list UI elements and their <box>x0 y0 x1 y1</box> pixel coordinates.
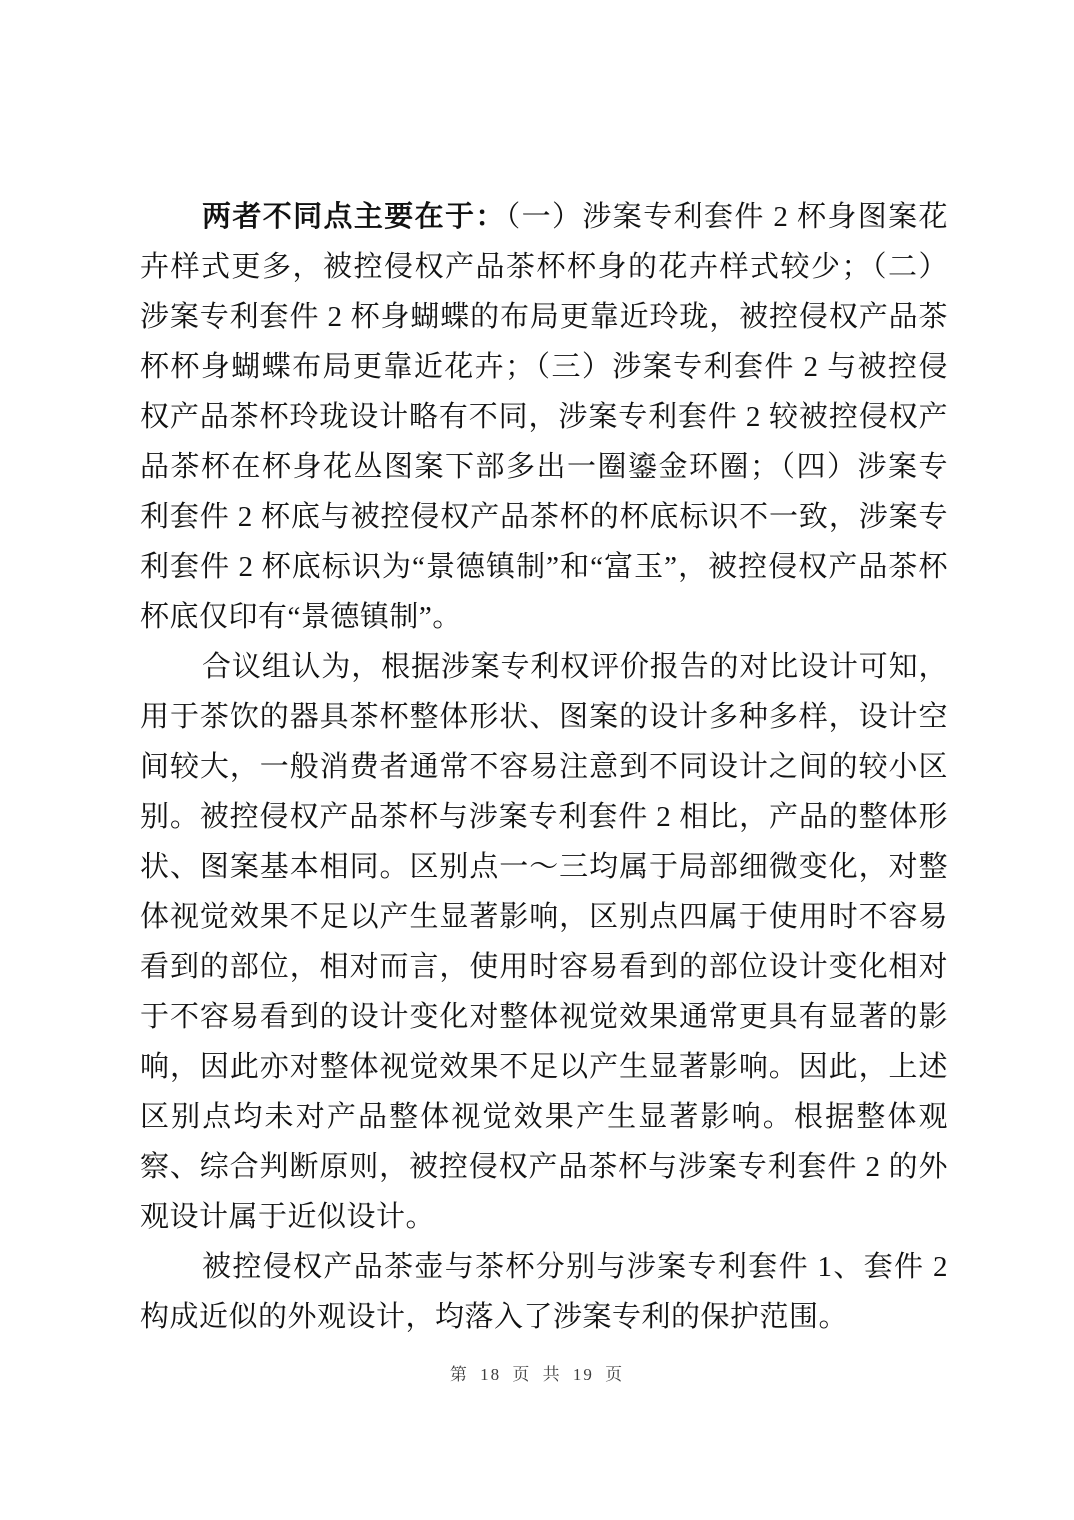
page-footer: 第 18 页 共 19 页 <box>0 1363 1074 1387</box>
paragraph-panel-opinion: 合议组认为，根据涉案专利权评价报告的对比设计可知，用于茶饮的器具茶杯整体形状、图… <box>140 642 948 1242</box>
paragraph-differences-lead: 两者不同点主要在于： <box>202 201 506 233</box>
paragraph-differences: 两者不同点主要在于：（一）涉案专利套件 2 杯身图案花卉样式更多，被控侵权产品茶… <box>140 192 948 642</box>
page-number-indicator: 第 18 页 共 19 页 <box>450 1365 624 1384</box>
document-page: 两者不同点主要在于：（一）涉案专利套件 2 杯身图案花卉样式更多，被控侵权产品茶… <box>0 0 1074 1520</box>
document-body: 两者不同点主要在于：（一）涉案专利套件 2 杯身图案花卉样式更多，被控侵权产品茶… <box>140 192 948 1342</box>
paragraph-conclusion-text: 被控侵权产品茶壶与茶杯分别与涉案专利套件 1、套件 2 构成近似的外观设计，均落… <box>140 1251 948 1333</box>
paragraph-differences-text: （一）涉案专利套件 2 杯身图案花卉样式更多，被控侵权产品茶杯杯身的花卉样式较少… <box>140 201 948 633</box>
paragraph-conclusion: 被控侵权产品茶壶与茶杯分别与涉案专利套件 1、套件 2 构成近似的外观设计，均落… <box>140 1242 948 1342</box>
paragraph-panel-opinion-text: 合议组认为，根据涉案专利权评价报告的对比设计可知，用于茶饮的器具茶杯整体形状、图… <box>140 651 948 1233</box>
